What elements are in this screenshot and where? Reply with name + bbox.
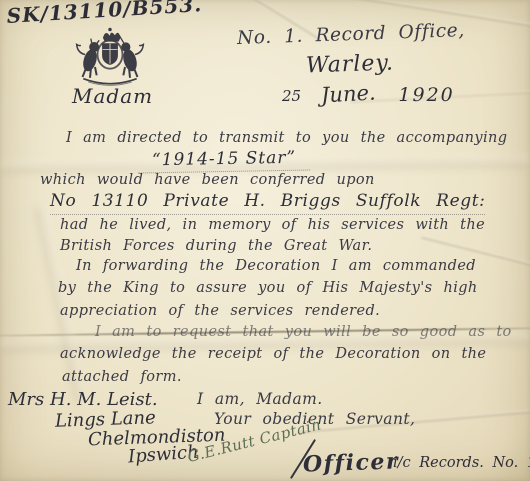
royal-coat-of-arms-icon (60, 27, 160, 87)
recipient-name: Mrs H. M. Leist. (8, 389, 158, 410)
body-line: In forwarding the Decoration I am comman… (76, 258, 476, 274)
body-line: appreciation of the services rendered. (60, 303, 380, 319)
office-place: Warley. (306, 50, 395, 78)
body-line: by the King to assure you of His Majesty… (58, 280, 478, 296)
body-line: I am directed to transmit to you the acc… (66, 130, 507, 146)
body-line: acknowledge the receipt of the Decoratio… (60, 346, 486, 362)
date-month: June. (321, 81, 377, 108)
date-day: 25 (282, 87, 301, 105)
medal-name: “1914-15 Star” (138, 147, 311, 173)
body-line: British Forces during the Great War. (60, 238, 372, 254)
letter-page: SK/13110/B553. (0, 0, 530, 481)
body-line: had he lived, in memory of his services … (60, 217, 485, 233)
closing-line: I am, Madam. (197, 390, 323, 408)
salutation: Madam (72, 84, 153, 108)
letter-date: 25 June. 1920 (282, 82, 455, 106)
soldier-details: No 13110 Private H. Briggs Suffolk Regt: (50, 191, 485, 215)
reference-number: SK/13110/B553. (6, 0, 203, 28)
officer-title: Officer (303, 448, 400, 477)
officer-detail: i/c Records. No. 1. (393, 455, 530, 471)
body-line: which would have been conferred upon (40, 172, 375, 188)
lion-supporter (77, 39, 100, 78)
body-line: I am to request that you will be so good… (95, 324, 512, 340)
body-line: attached form. (62, 369, 182, 385)
office-name: No. 1. Record Office, (237, 20, 465, 49)
date-year: 1920 (398, 84, 454, 106)
